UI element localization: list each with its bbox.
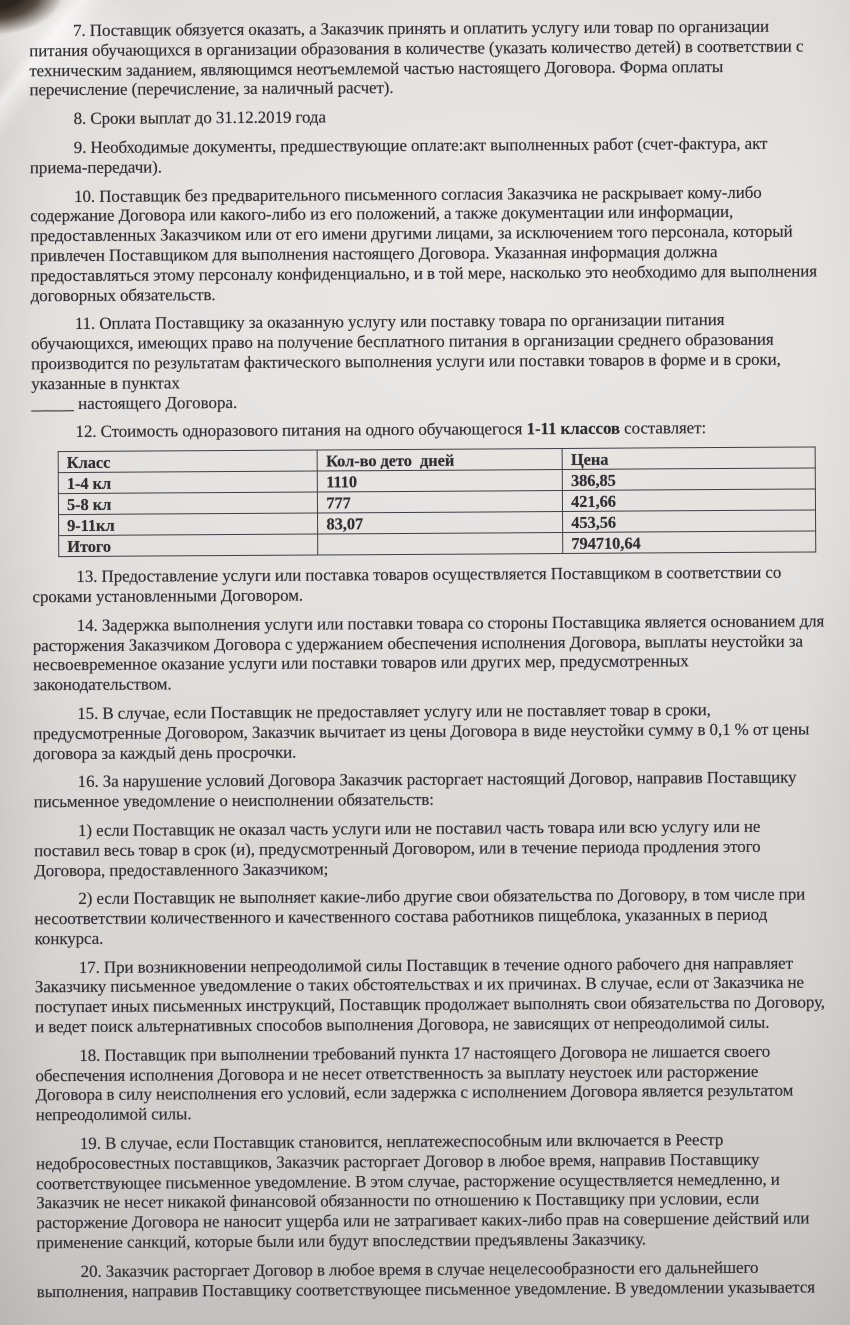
table-cell-class: 9-11кл <box>59 513 319 536</box>
paragraph-15: 15. В случае, если Поставщик не предоста… <box>33 699 825 763</box>
table-header-days: Кол-во дето дней <box>318 449 563 471</box>
paragraph-13: 13. Предоставление услуги или поставка т… <box>32 563 824 607</box>
table-cell-class: 5-8 кл <box>58 492 318 515</box>
paragraph-12: 12. Стоимость одноразового питания на од… <box>31 418 823 443</box>
paragraph-12-tail: составляет: <box>620 418 706 438</box>
table-cell-days: 777 <box>318 491 563 513</box>
paragraph-10: 10. Поставщик без предварительного письм… <box>30 182 823 306</box>
table-cell-empty <box>318 533 563 555</box>
table-cell-price: 386,85 <box>562 468 815 491</box>
paragraph-8: 8. Сроки выплат до 31.12.2019 года <box>30 105 822 130</box>
paragraph-11-blank-line: _____ настоящего Договора. <box>31 393 237 413</box>
paragraph-17: 17. При возникновении непреодолимой силы… <box>35 953 827 1037</box>
paragraph-9: 9. Необходимые документы, предшествующие… <box>30 133 822 177</box>
paragraph-18: 18. Поставщик при выполнении требований … <box>35 1041 827 1125</box>
table-row-total: Итого 794710,64 <box>59 531 816 557</box>
table-header-class: Класс <box>58 450 318 473</box>
table-cell-days: 1110 <box>318 470 563 492</box>
paragraph-20: 20. Заказчик расторгает Договор в любое … <box>37 1257 829 1301</box>
contract-page: 7. Поставщик обязуется оказать, а Заказч… <box>29 16 829 1301</box>
paragraph-12-text: 12. Стоимость одноразового питания на од… <box>75 420 526 442</box>
clause-16-1: 1) если Поставщик не оказал часть услуги… <box>34 816 826 880</box>
table-cell-price: 453,56 <box>563 510 816 533</box>
paragraph-19: 19. В случае, если Поставщик становится,… <box>36 1129 829 1253</box>
paragraph-7: 7. Поставщик обязуется оказать, а Заказч… <box>29 16 821 100</box>
paragraph-12-bold-classes: 1-11 классов <box>526 419 620 439</box>
paragraph-16: 16. За нарушение условий Договора Заказч… <box>34 768 826 812</box>
meal-price-table: Класс Кол-во дето дней Цена 1-4 кл 1110 … <box>58 447 817 558</box>
paragraph-11-text: 11. Оплата Поставщику за оказанную услуг… <box>31 310 781 393</box>
table-cell-total-label: Итого <box>59 534 319 557</box>
table-cell-total-price: 794710,64 <box>563 531 816 554</box>
table-cell-days: 83,07 <box>318 512 563 534</box>
table-cell-price: 421,66 <box>563 489 816 512</box>
paragraph-11: 11. Оплата Поставщику за оказанную услуг… <box>31 310 824 414</box>
document-photo-background: 7. Поставщик обязуется оказать, а Заказч… <box>0 0 850 1325</box>
paragraph-14: 14. Задержка выполнения услуги или поста… <box>33 611 825 695</box>
clause-16-2: 2) если Поставщик не выполняет какие-либ… <box>34 885 826 949</box>
table-header-price: Цена <box>562 447 815 470</box>
table-cell-class: 1-4 кл <box>58 471 318 494</box>
